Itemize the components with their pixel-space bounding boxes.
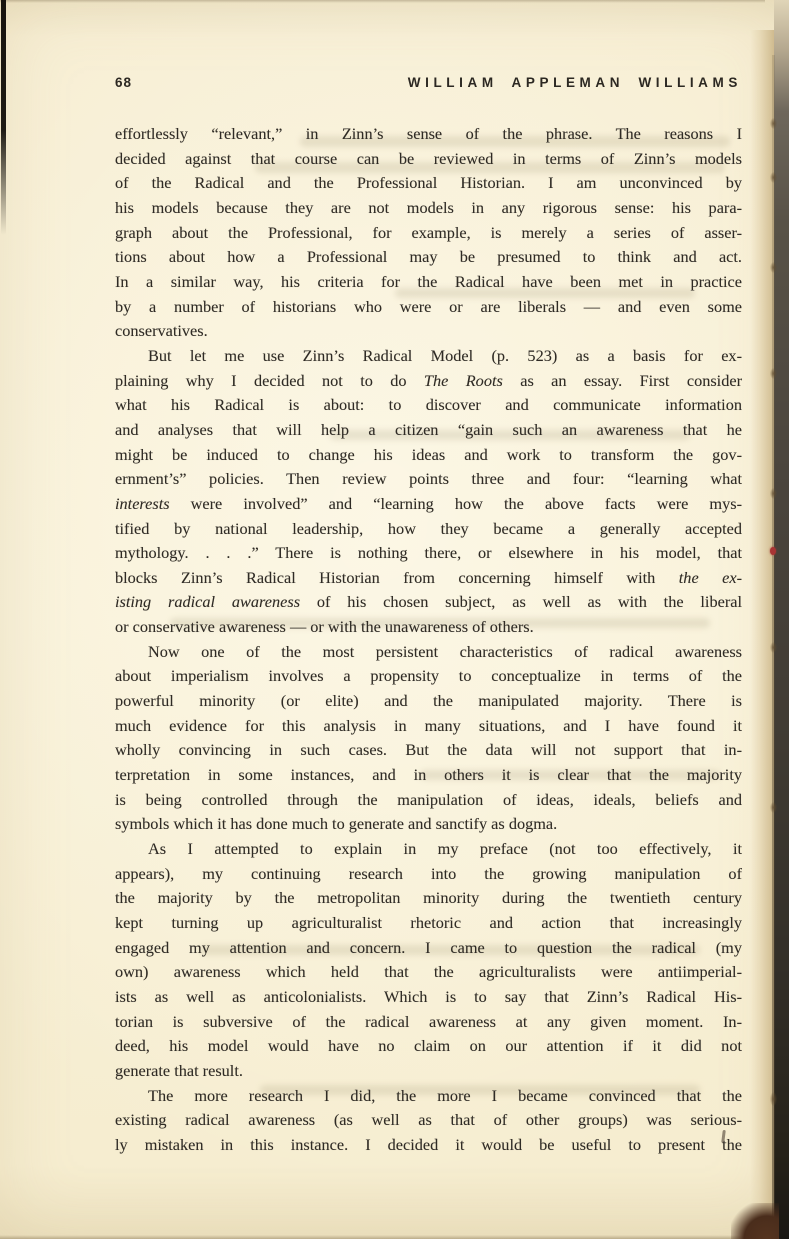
text-line: symbols which it has done much to genera… xyxy=(115,812,742,837)
paragraph: But let me use Zinn’s Radical Model (p. … xyxy=(115,344,742,640)
text-line: appears), my continuing research into th… xyxy=(115,862,742,887)
text-line: conservatives. xyxy=(115,319,742,344)
deckle-notch xyxy=(770,172,777,183)
text-line: Now one of the most persistent character… xyxy=(115,640,742,665)
deckle-notch xyxy=(770,802,777,813)
text-line: But let me use Zinn’s Radical Model (p. … xyxy=(115,344,742,369)
text-line: or conservative awareness — or with the … xyxy=(115,615,742,640)
paragraph: The more research I did, the more I beca… xyxy=(115,1084,742,1158)
scan-left-dark-strip xyxy=(1,0,6,235)
text-line: by a number of historians who were or ar… xyxy=(115,295,742,320)
text-line: much evidence for this analysis in many … xyxy=(115,714,742,739)
text-line: kept turning up agriculturalist rhetoric… xyxy=(115,911,742,936)
text-line: ly mistaken in this instance. I decided … xyxy=(115,1133,742,1158)
text-line: and analyses that will help a citizen “g… xyxy=(115,418,742,443)
text-line: the majority by the metropolitan minorit… xyxy=(115,886,742,911)
scan-top-shadow xyxy=(0,0,765,3)
text-line: engaged my attention and concern. I came… xyxy=(115,936,742,961)
text-line: wholly convincing in such cases. But the… xyxy=(115,738,742,763)
running-header-title: WILLIAM APPLEMAN WILLIAMS xyxy=(408,75,742,90)
text-line: As I attempted to explain in my preface … xyxy=(115,837,742,862)
book-page-scan: { "page": { "number": "68", "running_hea… xyxy=(0,0,789,1239)
text-line: existing radical awareness (as well as t… xyxy=(115,1108,742,1133)
text-line: about imperialism involves a propensity … xyxy=(115,664,742,689)
deckle-notch xyxy=(770,262,777,273)
text-line: blocks Zinn’s Radical Historian from con… xyxy=(115,566,742,591)
text-line: of the Radical and the Professional Hist… xyxy=(115,171,742,196)
deckle-notch xyxy=(770,488,777,499)
text-line: deed, his model would have no claim on o… xyxy=(115,1034,742,1059)
deckle-notch xyxy=(770,1092,777,1106)
deckle-notch xyxy=(770,642,777,653)
text-line: own) awareness which held that the agric… xyxy=(115,960,742,985)
text-line: what his Radical is about: to discover a… xyxy=(115,393,742,418)
text-line: ernment’s” policies. Then review points … xyxy=(115,467,742,492)
text-line: is being controlled through the manipula… xyxy=(115,788,742,813)
text-line: interests were involved” and “learning h… xyxy=(115,492,742,517)
text-block: effortlessly “relevant,” in Zinn’s sense… xyxy=(115,122,742,1158)
text-line: effortlessly “relevant,” in Zinn’s sense… xyxy=(115,122,742,147)
text-line: terpretation in some instances, and in o… xyxy=(115,763,742,788)
text-line: decided against that course can be revie… xyxy=(115,147,742,172)
book-edge-dark-band xyxy=(774,0,789,1239)
text-line: mythology. . . .” There is nothing there… xyxy=(115,541,742,566)
text-line: might be induced to change his ideas and… xyxy=(115,443,742,468)
page-deckle-edge xyxy=(750,30,774,1239)
text-line: powerful minority (or elite) and the man… xyxy=(115,689,742,714)
deckle-notch xyxy=(770,368,777,379)
running-head: 68 WILLIAM APPLEMAN WILLIAMS xyxy=(115,75,742,90)
text-line: isting radical awareness of his chosen s… xyxy=(115,590,742,615)
text-line: tified by national leadership, how they … xyxy=(115,517,742,542)
text-line: ists as well as anticolonialists. Which … xyxy=(115,985,742,1010)
scan-bottom-shadow xyxy=(0,1235,771,1239)
text-line: generate that result. xyxy=(115,1059,742,1084)
page-number: 68 xyxy=(115,75,132,90)
paragraph: Now one of the most persistent character… xyxy=(115,640,742,837)
bottom-right-corner-stain xyxy=(731,1203,779,1239)
paragraph: effortlessly “relevant,” in Zinn’s sense… xyxy=(115,122,742,344)
text-line: his models because they are not models i… xyxy=(115,196,742,221)
text-line: plaining why I decided not to do The Roo… xyxy=(115,369,742,394)
text-line: tions about how a Professional may be pr… xyxy=(115,245,742,270)
deckle-notch xyxy=(770,118,777,129)
text-line: The more research I did, the more I beca… xyxy=(115,1084,742,1109)
red-edge-mark xyxy=(770,547,776,555)
text-line: In a similar way, his criteria for the R… xyxy=(115,270,742,295)
paragraph: As I attempted to explain in my preface … xyxy=(115,837,742,1084)
text-line: torian is subversive of the radical awar… xyxy=(115,1010,742,1035)
text-line: graph about the Professional, for exampl… xyxy=(115,221,742,246)
